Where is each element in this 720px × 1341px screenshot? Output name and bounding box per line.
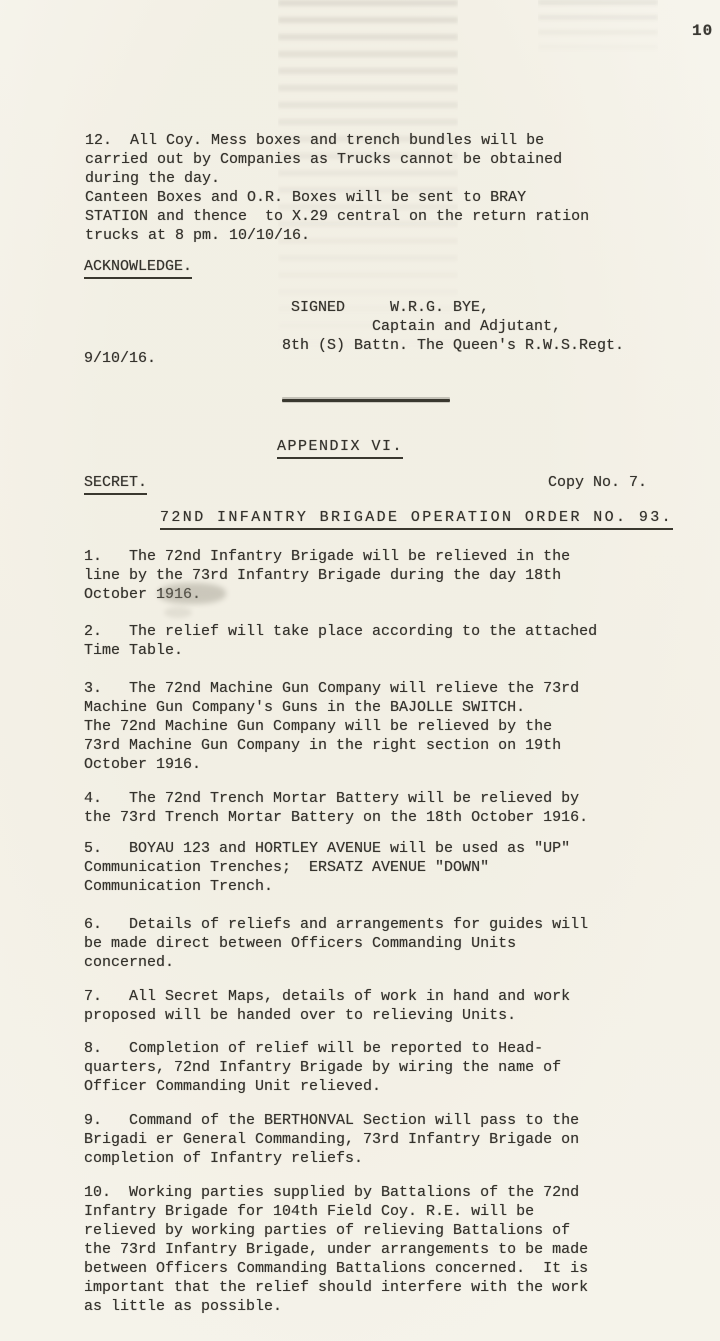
- paragraph-5: 5. BOYAU 123 and HORTLEY AVENUE will be …: [84, 839, 570, 896]
- paragraph-12: 12. All Coy. Mess boxes and trench bundl…: [85, 131, 589, 245]
- page-number: 10: [692, 22, 713, 41]
- copy-number: Copy No. 7.: [548, 473, 647, 492]
- ink-smudge-small: [164, 607, 192, 618]
- acknowledge-heading: ACKNOWLEDGE.: [84, 257, 192, 279]
- paragraph-4: 4. The 72nd Trench Mortar Battery will b…: [84, 789, 588, 827]
- section-divider: [282, 399, 450, 402]
- paragraph-8: 8. Completion of relief will be reported…: [84, 1039, 561, 1096]
- paragraph-10: 10. Working parties supplied by Battalio…: [84, 1183, 588, 1316]
- paragraph-7: 7. All Secret Maps, details of work in h…: [84, 987, 570, 1025]
- ink-smudge: [158, 583, 226, 604]
- paragraph-9: 9. Command of the BERTHONVAL Section wil…: [84, 1111, 579, 1168]
- paragraph-2: 2. The relief will take place according …: [84, 622, 597, 660]
- bleedthrough-texture-right: [538, 0, 658, 60]
- appendix-heading: APPENDIX VI.: [277, 437, 403, 459]
- document-page: 10 12. All Coy. Mess boxes and trench bu…: [0, 0, 720, 1341]
- paragraph-1: 1. The 72nd Infantry Brigade will be rel…: [84, 547, 570, 604]
- paragraph-3: 3. The 72nd Machine Gun Company will rel…: [84, 679, 579, 774]
- signature-block: SIGNED W.R.G. BYE, Captain and Adjutant,…: [282, 298, 624, 355]
- order-date: 9/10/16.: [84, 349, 156, 368]
- operation-order-title: 72ND INFANTRY BRIGADE OPERATION ORDER NO…: [160, 508, 673, 530]
- classification-label: SECRET.: [84, 473, 147, 495]
- paragraph-6: 6. Details of reliefs and arrangements f…: [84, 915, 588, 972]
